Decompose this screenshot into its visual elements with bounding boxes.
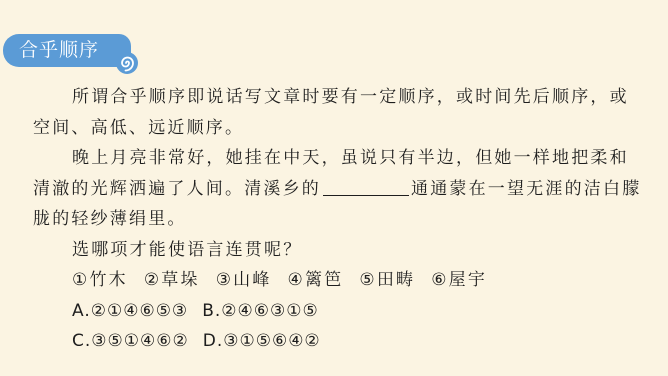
section-title: 合乎顺序: [19, 41, 99, 60]
option-d-label: D.: [203, 331, 224, 351]
item-list: ①竹木②草垛③山峰④篱笆⑤田畴⑥屋宇: [33, 265, 643, 296]
item-5: ⑤田畴: [359, 265, 415, 296]
option-a[interactable]: A.②①④⑥⑤③: [72, 296, 188, 327]
option-c-value: ③⑤①④⑥②: [91, 331, 188, 351]
option-a-label: A.: [72, 301, 91, 321]
option-a-value: ②①④⑥⑤③: [91, 301, 188, 321]
section-banner: 合乎顺序: [3, 34, 131, 67]
option-b[interactable]: B.②④⑥③①⑤: [202, 296, 319, 327]
option-c[interactable]: C.③⑤①④⑥②: [72, 326, 189, 357]
definition-paragraph: 所谓合乎顺序即说话写文章时要有一定顺序，或时间先后顺序，或空间、高低、远近顺序。: [33, 82, 643, 143]
option-d[interactable]: D.③①⑤⑥④②: [203, 326, 321, 357]
options-row-2: C.③⑤①④⑥②D.③①⑤⑥④②: [33, 326, 643, 357]
passage-paragraph: 晚上月亮非常好，她挂在中天，虽说只有半边，但她一样地把柔和清澈的光辉洒遍了人间。…: [33, 143, 643, 235]
option-c-label: C.: [72, 331, 91, 351]
option-b-label: B.: [202, 301, 221, 321]
item-6: ⑥屋宇: [431, 265, 487, 296]
item-3: ③山峰: [216, 265, 272, 296]
option-d-value: ③①⑤⑥④②: [223, 331, 320, 351]
curl-icon: [115, 51, 139, 75]
options-row-1: A.②①④⑥⑤③B.②④⑥③①⑤: [33, 296, 643, 327]
item-4: ④篱笆: [288, 265, 344, 296]
lesson-content: 所谓合乎顺序即说话写文章时要有一定顺序，或时间先后顺序，或空间、高低、远近顺序。…: [33, 82, 643, 357]
question-text: 选哪项才能使语言连贯呢？: [33, 235, 643, 266]
fill-in-blank: [323, 178, 409, 196]
item-2: ②草垛: [144, 265, 200, 296]
item-1: ①竹木: [72, 265, 128, 296]
option-b-value: ②④⑥③①⑤: [221, 301, 318, 321]
